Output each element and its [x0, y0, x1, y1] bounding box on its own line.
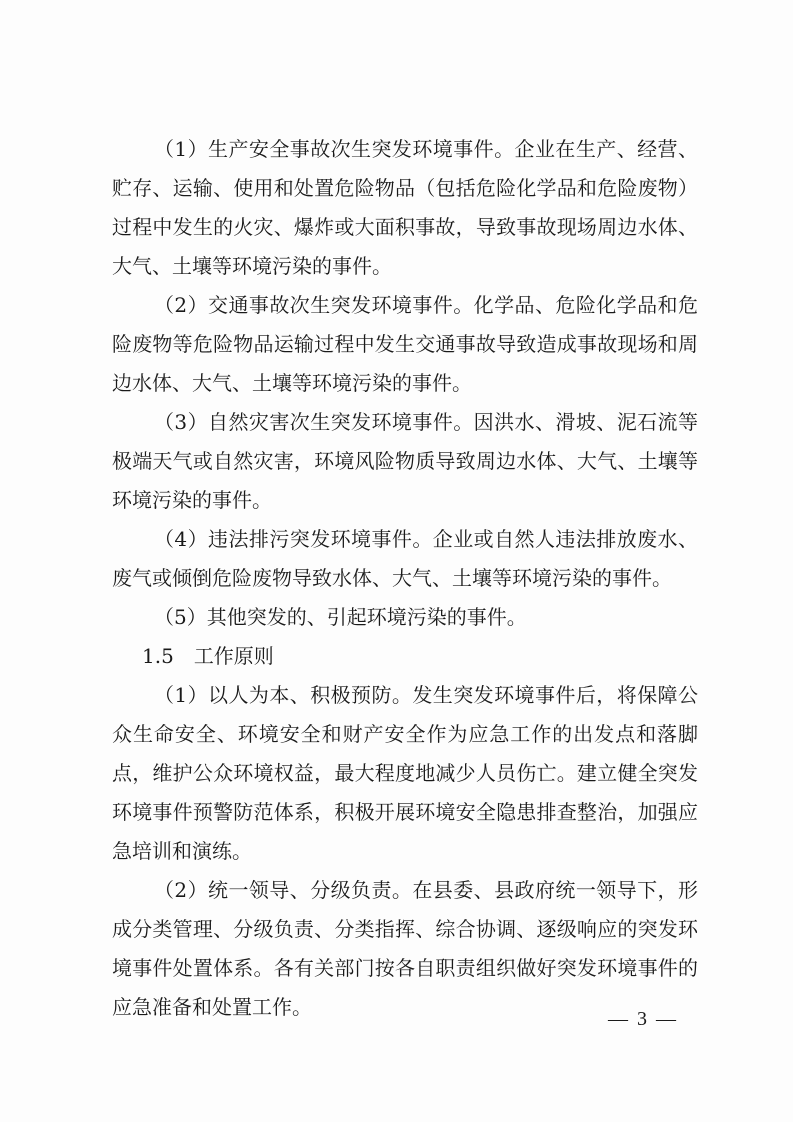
section-heading: 1.5工作原则	[112, 637, 698, 676]
paragraph-traffic-accident: （2）交通事故次生突发环境事件。化学品、危险化学品和危险废物等危险物品运输过程中…	[112, 286, 698, 403]
paragraph-principle-people-first: （1）以人为本、积极预防。发生突发环境事件后，将保障公众生命安全、环境安全和财产…	[112, 676, 698, 871]
document-body: （1）生产安全事故次生突发环境事件。企业在生产、经营、贮存、运输、使用和处置危险…	[112, 130, 698, 1027]
paragraph-other-events: （5）其他突发的、引起环境污染的事件。	[112, 598, 698, 637]
paragraph-illegal-discharge: （4）违法排污突发环境事件。企业或自然人违法排放废水、废气或倾倒危险废物导致水体…	[112, 520, 698, 598]
section-number: 1.5	[142, 644, 174, 668]
paragraph-natural-disaster: （3）自然灾害次生突发环境事件。因洪水、滑坡、泥石流等极端天气或自然灾害，环境风…	[112, 403, 698, 520]
paragraph-production-safety: （1）生产安全事故次生突发环境事件。企业在生产、经营、贮存、运输、使用和处置危险…	[112, 130, 698, 286]
paragraph-principle-unified-leadership: （2）统一领导、分级负责。在县委、县政府统一领导下，形成分类管理、分级负责、分类…	[112, 871, 698, 1027]
section-title: 工作原则	[194, 644, 274, 668]
document-page: （1）生产安全事故次生突发环境事件。企业在生产、经营、贮存、运输、使用和处置危险…	[0, 0, 793, 1122]
page-number: — 3 —	[608, 1008, 678, 1031]
